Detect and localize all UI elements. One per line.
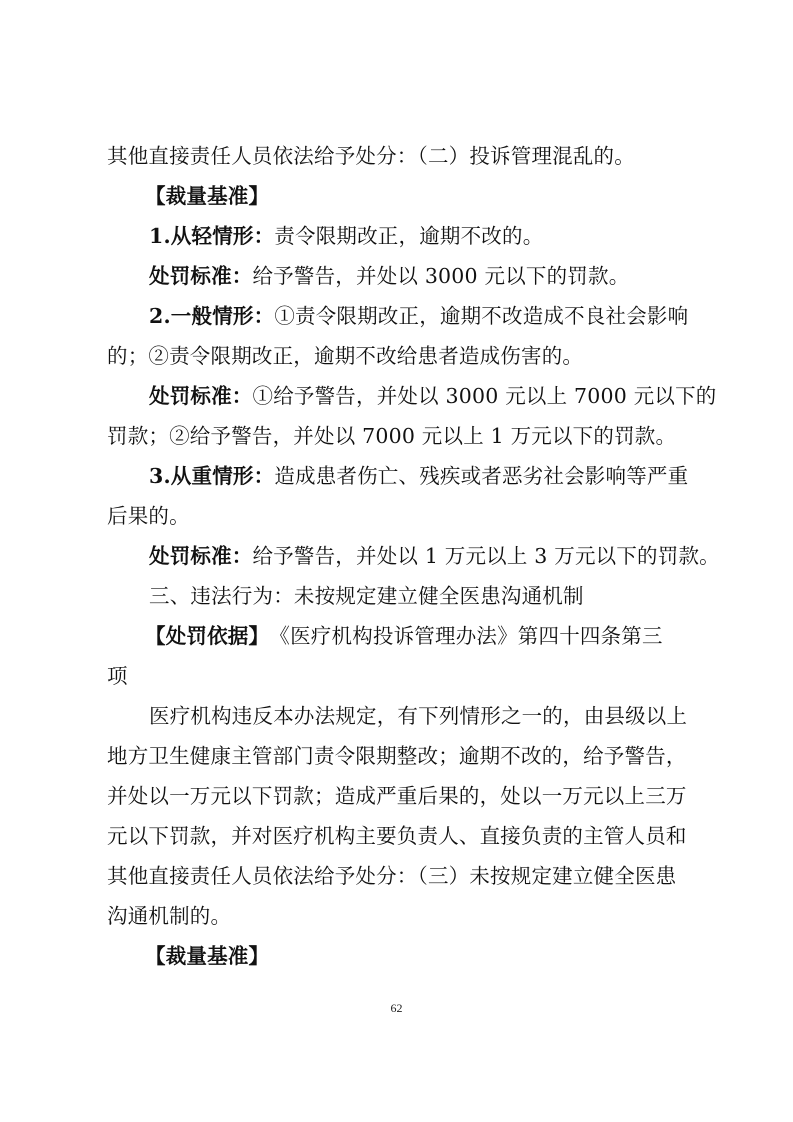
severe-case-text: 造成患者伤亡、残疾或者恶劣社会影响等严重 bbox=[274, 464, 688, 488]
severe-case-line: 3.从重情形：造成患者伤亡、残疾或者恶劣社会影响等严重 bbox=[107, 456, 691, 496]
penalty-basis-line: 【处罚依据】 《医疗机构投诉管理办法》第四十四条第三 bbox=[107, 616, 691, 656]
mild-case-line: 1.从轻情形：责令限期改正，逾期不改的。 bbox=[107, 216, 691, 256]
penalty-standard-line: 处罚标准：①给予警告，并处以 3000 元以上 7000 元以下的 bbox=[107, 376, 691, 416]
paragraph-line: 项 bbox=[107, 656, 691, 696]
general-case-line: 2.一般情形：①责令限期改正，逾期不改造成不良社会影响 bbox=[107, 296, 691, 336]
penalty-standard-label: 处罚标准： bbox=[149, 544, 253, 568]
penalty-standard-label: 处罚标准： bbox=[149, 384, 253, 408]
document-page: 其他直接责任人员依法给予处分：（二）投诉管理混乱的。 【裁量基准】 1.从轻情形… bbox=[107, 136, 691, 976]
penalty-basis-label: 【处罚依据】 bbox=[145, 624, 259, 648]
penalty-standard-label: 处罚标准： bbox=[149, 264, 253, 288]
penalty-standard-line: 处罚标准：给予警告，并处以 3000 元以下的罚款。 bbox=[107, 256, 691, 296]
paragraph-line: 其他直接责任人员依法给予处分：（三）未按规定建立健全医患 bbox=[107, 856, 691, 896]
violation-heading: 三、违法行为：未按规定建立健全医患沟通机制 bbox=[107, 576, 691, 616]
general-case-text: ①责令限期改正，逾期不改造成不良社会影响 bbox=[274, 304, 688, 328]
paragraph-line: 其他直接责任人员依法给予处分：（二）投诉管理混乱的。 bbox=[107, 136, 691, 176]
general-case-label: 2.一般情形： bbox=[149, 304, 274, 328]
penalty-standard-text: 给予警告，并处以 1 万元以上 3 万元以下的罚款。 bbox=[253, 544, 720, 568]
penalty-standard-line: 处罚标准：给予警告，并处以 1 万元以上 3 万元以下的罚款。 bbox=[107, 536, 691, 576]
section-heading-discretion-standard: 【裁量基准】 bbox=[107, 176, 691, 216]
penalty-standard-text: 给予警告，并处以 3000 元以下的罚款。 bbox=[253, 264, 630, 288]
paragraph-line: 后果的。 bbox=[107, 496, 691, 536]
paragraph-line: 沟通机制的。 bbox=[107, 896, 691, 936]
paragraph-line: 的；②责令限期改正，逾期不改给患者造成伤害的。 bbox=[107, 336, 691, 376]
paragraph-line: 地方卫生健康主管部门责令限期整改；逾期不改的，给予警告， bbox=[107, 736, 691, 776]
paragraph-line: 医疗机构违反本办法规定，有下列情形之一的，由县级以上 bbox=[107, 696, 691, 736]
paragraph-line: 元以下罚款，并对医疗机构主要负责人、直接负责的主管人员和 bbox=[107, 816, 691, 856]
penalty-standard-text: ①给予警告，并处以 3000 元以上 7000 元以下的 bbox=[253, 384, 717, 408]
severe-case-label: 3.从重情形： bbox=[149, 464, 274, 488]
penalty-basis-text: 《医疗机构投诉管理办法》第四十四条第三 bbox=[259, 624, 663, 648]
mild-case-label: 1.从轻情形： bbox=[149, 224, 274, 248]
mild-case-text: 责令限期改正，逾期不改的。 bbox=[274, 224, 543, 248]
section-heading-discretion-standard: 【裁量基准】 bbox=[107, 936, 691, 976]
paragraph-line: 罚款；②给予警告，并处以 7000 元以上 1 万元以下的罚款。 bbox=[107, 416, 691, 456]
paragraph-line: 并处以一万元以下罚款；造成严重后果的，处以一万元以上三万 bbox=[107, 776, 691, 816]
page-number: 62 bbox=[0, 1001, 793, 1016]
